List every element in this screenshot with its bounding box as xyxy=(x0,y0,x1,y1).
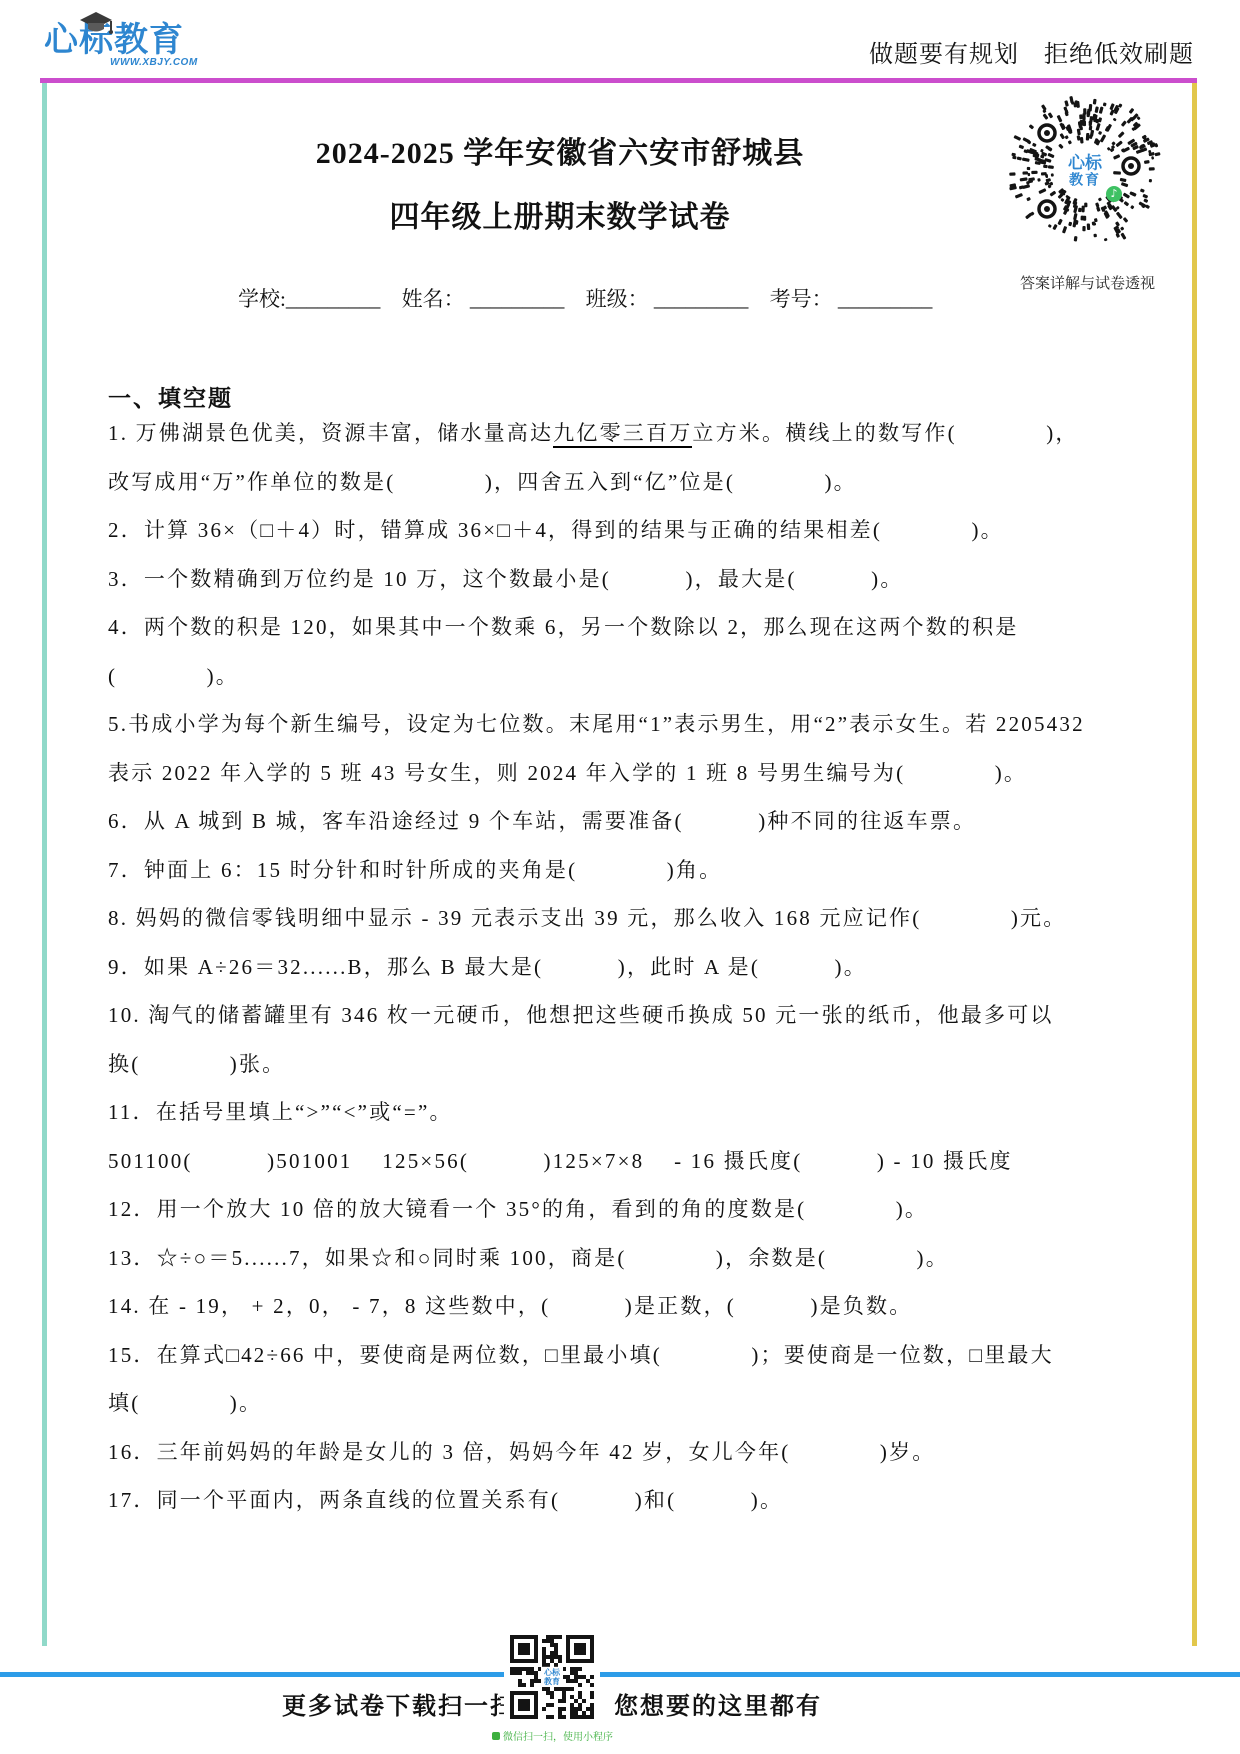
question-5: 5.书成小学为每个新生编号，设定为七位数。末尾用“1”表示男生，用“2”表示女生… xyxy=(108,700,1196,797)
qr-center-logo: 心标 教育 xyxy=(1065,153,1105,190)
music-note-icon: ♪ xyxy=(1106,186,1122,202)
brand-logo: 心标教育 WWW.XBJY.COM xyxy=(44,20,264,68)
paper-title-line1: 2024-2025 学年安徽省六安市舒城县 xyxy=(140,128,980,172)
footer-divider xyxy=(0,1672,1240,1677)
exam-no-label: 考号： xyxy=(770,287,833,311)
footer-qr-note: 微信扫一扫，使用小程序 xyxy=(460,1728,645,1743)
question-14: 14. 在 - 19， + 2，0， - 7，8 这些数中，( )是正数，( )… xyxy=(108,1282,1196,1331)
frame-left-border xyxy=(42,83,47,1646)
question-4: 4．两个数的积是 120，如果其中一个数乘 6，另一个数除以 2，那么现在这两个… xyxy=(108,603,1196,700)
answers-qr-caption: 答案详解与试卷透视 xyxy=(1000,272,1175,293)
footer-left-text: 更多试卷下载扫一扫 xyxy=(282,1686,516,1721)
wechat-mini-program-icon xyxy=(492,1732,500,1740)
name-label: 姓名： xyxy=(402,287,465,311)
question-list: 1. 万佛湖景色优美，资源丰富，储水量高达九亿零三百万立方米。横线上的数写作( … xyxy=(108,409,1196,1525)
question-11: 11．在括号里填上“>”“<”或“=”。 501100( )501001 125… xyxy=(108,1088,1196,1185)
class-blank: _________ xyxy=(654,287,749,311)
question-16: 16．三年前妈妈的年龄是女儿的 3 倍，妈妈今年 42 岁，女儿今年( )岁。 xyxy=(108,1428,1196,1477)
student-info-row: 学校:_________ 姓名： _________ 班级： _________… xyxy=(238,283,948,313)
question-17: 17．同一个平面内，两条直线的位置关系有( )和( )。 xyxy=(108,1476,1196,1525)
class-field: 班级： _________ xyxy=(586,287,749,311)
school-label: 学校: xyxy=(238,287,286,311)
exam-no-field: 考号： _________ xyxy=(770,287,933,311)
school-field: 学校:_________ xyxy=(238,287,380,311)
underlined-number: 九亿零三百万 xyxy=(553,421,692,448)
question-2: 2．计算 36×（□＋4）时，错算成 36×□＋4，得到的结果与正确的结果相差(… xyxy=(108,506,1196,555)
header-divider xyxy=(40,78,1197,83)
school-blank: _________ xyxy=(286,287,381,311)
graduation-cap-icon xyxy=(78,12,114,41)
name-blank: _________ xyxy=(470,287,565,311)
qr-dot-pattern xyxy=(1008,235,1162,252)
answers-qr-code: 心标 教育 ♪ xyxy=(1008,94,1162,248)
name-field: 姓名： _________ xyxy=(402,287,565,311)
footer-right-text: 您想要的这里都有 xyxy=(614,1686,822,1721)
question-3: 3．一个数精确到万位约是 10 万，这个数最小是( )，最大是( )。 xyxy=(108,555,1196,604)
question-7: 7．钟面上 6：15 时分针和时针所成的夹角是( )角。 xyxy=(108,846,1196,895)
download-qr-logo: 心标 教育 xyxy=(541,1667,563,1687)
question-1: 1. 万佛湖景色优美，资源丰富，储水量高达九亿零三百万立方米。横线上的数写作( … xyxy=(108,409,1196,506)
exam-no-blank: _________ xyxy=(838,287,933,311)
question-6: 6．从 A 城到 B 城，客车沿途经过 9 个车站，需要准备( )种不同的往返车… xyxy=(108,797,1196,846)
paper-title-line2: 四年级上册期末数学试卷 xyxy=(140,192,980,236)
question-12: 12．用一个放大 10 倍的放大镜看一个 35°的角，看到的角的度数是( )。 xyxy=(108,1185,1196,1234)
class-label: 班级： xyxy=(586,287,649,311)
header-slogan: 做题要有规划 拒绝低效刷题 xyxy=(869,34,1194,69)
question-8: 8. 妈妈的微信零钱明细中显示 - 39 元表示支出 39 元，那么收入 168… xyxy=(108,894,1196,943)
question-15: 15．在算式□42÷66 中，要使商是两位数，□里最小填( )；要使商是一位数，… xyxy=(108,1331,1196,1428)
download-qr-code: 心标 教育 xyxy=(504,1633,600,1725)
question-10: 10. 淘气的储蓄罐里有 346 枚一元硬币，他想把这些硬币换成 50 元一张的… xyxy=(108,991,1196,1088)
brand-logo-url: WWW.XBJY.COM xyxy=(110,57,264,68)
question-13: 13．☆÷○＝5......7，如果☆和○同时乘 100，商是( )，余数是( … xyxy=(108,1234,1196,1283)
qr-module-grid xyxy=(510,1706,594,1723)
question-9: 9．如果 A÷26＝32......B，那么 B 最大是( )，此时 A 是( … xyxy=(108,943,1196,992)
brand-logo-text: 心标教育 xyxy=(44,20,264,61)
